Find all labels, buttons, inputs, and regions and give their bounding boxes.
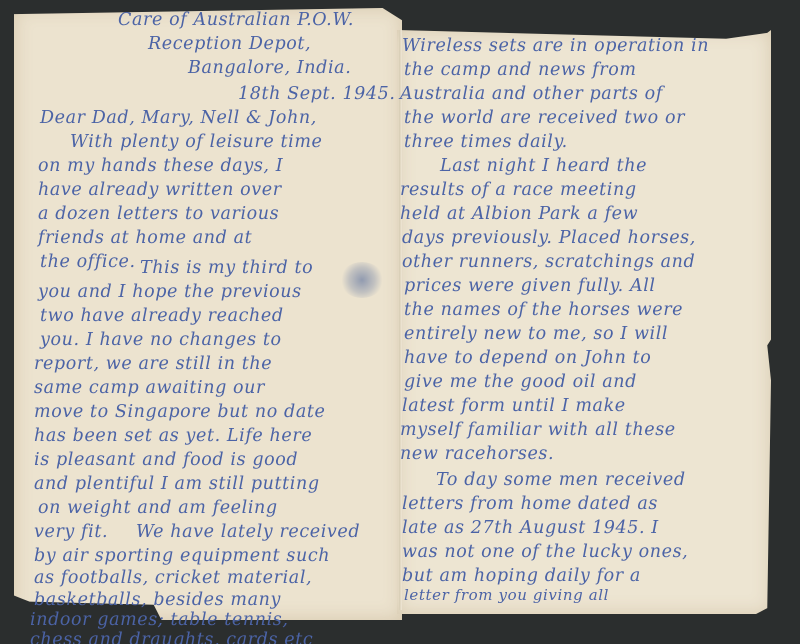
salutation: Dear Dad, Mary, Nell & John, bbox=[40, 108, 317, 128]
letter-line: as footballs, cricket material, bbox=[34, 568, 312, 588]
letter-line: you and I hope the previous bbox=[38, 282, 302, 302]
letter-line: entirely new to me, so I will bbox=[404, 324, 668, 344]
letter-line: have to depend on John to bbox=[404, 348, 651, 368]
letter-line: indoor games; table tennis, bbox=[30, 610, 289, 630]
letter-line: results of a race meeting bbox=[400, 180, 637, 200]
address-line: Care of Australian P.O.W. bbox=[118, 10, 354, 30]
letter-line: two have already reached bbox=[40, 306, 284, 326]
letter-line: We have lately received bbox=[136, 522, 360, 542]
letter-line: but am hoping daily for a bbox=[402, 566, 641, 586]
letter-line: same camp awaiting our bbox=[34, 378, 265, 398]
letter-line: other runners, scratchings and bbox=[402, 252, 695, 272]
letter-line: on weight and am feeling bbox=[38, 498, 278, 518]
letter-line: late as 27th August 1945. I bbox=[402, 518, 659, 538]
letter-line: Last night I heard the bbox=[440, 156, 647, 176]
letter-line: Australia and other parts of bbox=[400, 84, 663, 104]
letter-line: have already written over bbox=[38, 180, 282, 200]
letter-line: move to Singapore but no date bbox=[34, 402, 325, 422]
ink-stain bbox=[340, 262, 384, 298]
address-line: Bangalore, India. bbox=[188, 58, 351, 78]
letter-line: the office. bbox=[40, 252, 136, 272]
letter-date: 18th Sept. 1945. bbox=[238, 84, 396, 104]
letter-line: give me the good oil and bbox=[404, 372, 637, 392]
letter-line: With plenty of leisure time bbox=[70, 132, 323, 152]
letter-line: days previously. Placed horses, bbox=[402, 228, 696, 248]
letter-line: prices were given fully. All bbox=[404, 276, 656, 296]
letter-line: the camp and news from bbox=[404, 60, 637, 80]
letter-line: and plentiful I am still putting bbox=[34, 474, 320, 494]
letter-line: held at Albion Park a few bbox=[400, 204, 638, 224]
letter-line: chess and draughts, cards etc bbox=[30, 630, 313, 644]
letter-line: was not one of the lucky ones, bbox=[402, 542, 688, 562]
letter-line: report, we are still in the bbox=[34, 354, 272, 374]
letter-line: the names of the horses were bbox=[404, 300, 683, 320]
letter-line: myself familiar with all these bbox=[400, 420, 676, 440]
letter-line: new racehorses. bbox=[400, 444, 554, 464]
letter-line: a dozen letters to various bbox=[38, 204, 279, 224]
letter-line: by air sporting equipment such bbox=[34, 546, 330, 566]
letter-line: letter from you giving all bbox=[404, 586, 609, 604]
letter-line: you. I have no changes to bbox=[40, 330, 282, 350]
letter-line: the world are received two or bbox=[404, 108, 685, 128]
letter-line: latest form until I make bbox=[402, 396, 626, 416]
letter-line: Wireless sets are in operation in bbox=[402, 36, 709, 56]
letter-line: very fit. bbox=[34, 522, 108, 542]
letter-line: This is my third to bbox=[140, 258, 313, 278]
letter-line: friends at home and at bbox=[38, 228, 252, 248]
letter-line: on my hands these days, I bbox=[38, 156, 283, 176]
letter-line: three times daily. bbox=[404, 132, 568, 152]
address-line: Reception Depot, bbox=[148, 34, 311, 54]
letter-line: basketballs, besides many bbox=[34, 590, 281, 610]
letter-line: To day some men received bbox=[436, 470, 686, 490]
letter-line: has been set as yet. Life here bbox=[34, 426, 312, 446]
letter-line: is pleasant and food is good bbox=[34, 450, 298, 470]
letter-line: letters from home dated as bbox=[402, 494, 658, 514]
